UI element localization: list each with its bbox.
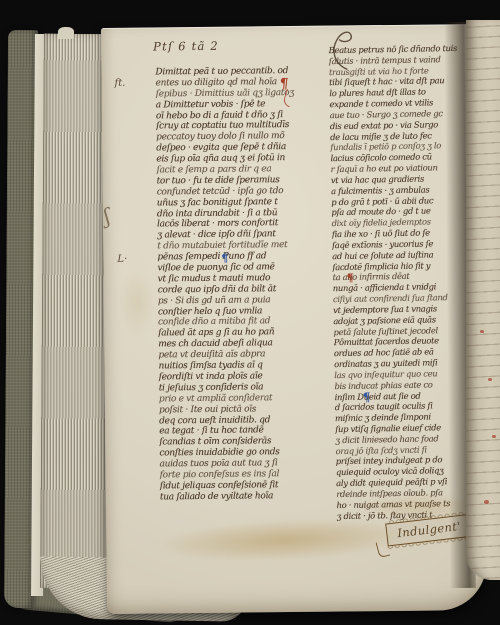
margin-note-mark: ft. — [114, 78, 125, 89]
text-line: confundet tetcūd · ipſa go tdo — [157, 185, 333, 198]
red-paraph-mark: ¶ — [347, 271, 354, 284]
text-line: peta vt deuiſitā aīs abpra — [158, 349, 334, 362]
manuscript-photo: Ptſ 6 tã 2 ft. ʃ L· Dimittat peã t uo pe… — [0, 0, 500, 625]
facing-page-edge — [466, 20, 500, 580]
blue-paraph-mark: ¶ — [363, 390, 371, 404]
text-line: forte pio confeſsus es ins ſal — [160, 469, 336, 482]
page-edge-nub — [58, 27, 74, 39]
page-stain — [156, 514, 413, 566]
red-ink-speck — [480, 330, 484, 333]
running-title: Ptſ 6 tã 2 — [153, 39, 219, 54]
text-line: ſacit e ſemp a pars dir q ea — [156, 164, 332, 177]
manuscript-page: Ptſ 6 tã 2 ft. ʃ L· Dimittat peã t uo pe… — [101, 24, 487, 614]
red-paraph-mark: ¶ — [279, 76, 289, 93]
red-ink-speck — [484, 500, 489, 504]
blue-paraph-mark: ¶ — [221, 252, 228, 265]
left-text-column: Dimittat peã t uo peccantib. odentes uo … — [155, 66, 336, 508]
text-line: tua ſaliado de vyiltate hoīa — [160, 490, 336, 503]
margin-note-mark: L· — [117, 254, 127, 265]
margin-flourish-mark: ʃ — [100, 204, 113, 228]
red-ink-speck — [492, 435, 496, 438]
text-line: ſepibus · Dimittius uãi qʒ ligatoʒ — [156, 87, 332, 100]
text-line: t dño mutabuiet fortitudīe met — [157, 240, 333, 253]
text-line: confide dño a mitiba fit ad — [158, 316, 334, 329]
text-line: ps · Si dis gd uñ am a puia — [158, 294, 334, 307]
red-ink-speck — [488, 378, 492, 381]
text-line: poſsit · Ite oui pictā oīs — [159, 403, 335, 416]
initial-ascender-flourish — [323, 25, 355, 71]
text-line: peccatoy tuoy dolo ſi nullo mõ — [156, 131, 332, 144]
page-stain — [119, 267, 154, 337]
